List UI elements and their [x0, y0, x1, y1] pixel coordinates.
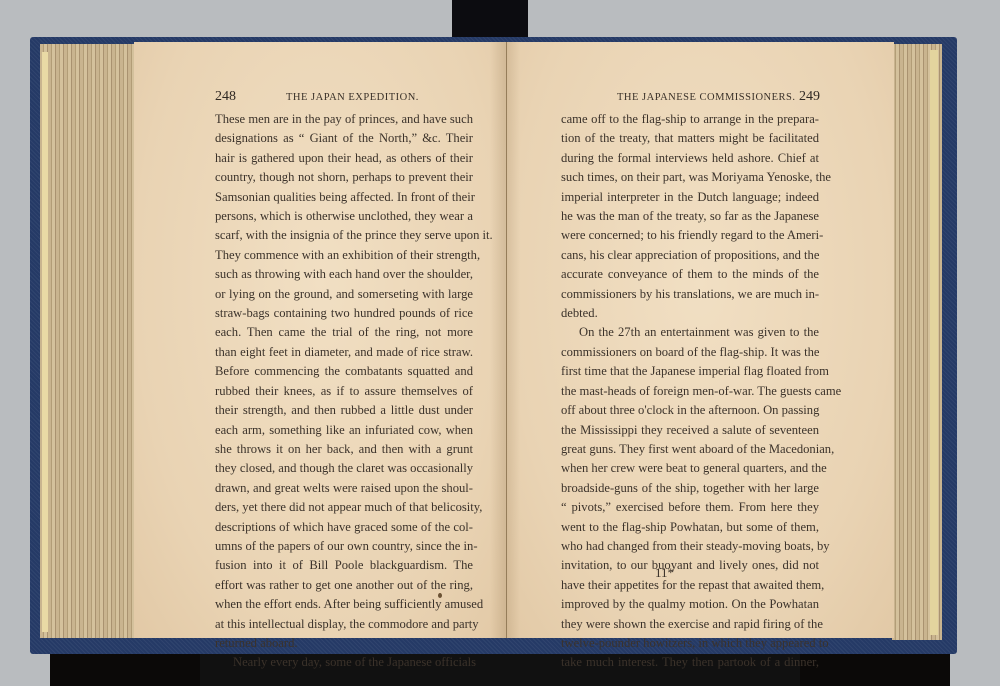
text-line: were concerned; to his friendly regard t… — [561, 226, 819, 245]
text-line: the Mississippi they received a salute o… — [561, 421, 819, 440]
text-line: when her crew were beat to general quart… — [561, 459, 819, 478]
text-line: the mast-heads of foreign men-of-war. Th… — [561, 382, 819, 401]
text-line: They commence with an exhibition of thei… — [215, 246, 473, 265]
text-line: rubbed their knees, as if to assure them… — [215, 382, 473, 401]
text-line: ders, yet there did not appear much of t… — [215, 498, 473, 517]
text-line: umns of the papers of our own country, s… — [215, 537, 473, 556]
text-line: commissioners by his translations, we ar… — [561, 285, 819, 304]
text-line: commissioners on board of the flag-ship.… — [561, 343, 819, 362]
text-line: invitation, to our buoyant and lively on… — [561, 556, 819, 575]
text-line: These men are in the pay of princes, and… — [215, 110, 473, 129]
text-line: scarf, with the insignia of the prince t… — [215, 226, 473, 245]
text-line: Nearly every day, some of the Japanese o… — [215, 653, 473, 672]
text-line: at this intellectual display, the commod… — [215, 615, 473, 634]
text-line: country, though not shorn, perhaps to pr… — [215, 168, 473, 187]
text-line: fusion into it of Bill Poole blackguardi… — [215, 556, 473, 575]
page-edges-left — [40, 44, 140, 638]
text-line: improved by the qualmy motion. On the Po… — [561, 595, 819, 614]
text-line: they were shown the exercise and rapid f… — [561, 615, 819, 634]
text-line: accurate conveyance of them to the minds… — [561, 265, 819, 284]
text-line: debted. — [561, 304, 819, 323]
text-line: each. Then came the trial of the ring, n… — [215, 323, 473, 342]
signature-mark: 11* — [655, 565, 674, 581]
foxing-spot — [438, 593, 442, 598]
text-line: or lying on the ground, and somerseting … — [215, 285, 473, 304]
text-line: effort was rather to get one another out… — [215, 576, 473, 595]
left-running-head: THE JAPAN EXPEDITION. — [286, 92, 419, 103]
book-clamp — [452, 0, 528, 42]
text-line: straw-bags containing two hundred pounds… — [215, 304, 473, 323]
text-line: drawn, and great welts were raised upon … — [215, 479, 473, 498]
text-line: first time that the Japanese imperial fl… — [561, 362, 819, 381]
text-line: “ pivots,” exercised before them. From h… — [561, 498, 819, 517]
text-line: Samsonian qualities being affected. In f… — [215, 188, 473, 207]
right-folio: 249 — [799, 89, 820, 105]
text-line: their strength, and then rubbed a little… — [215, 401, 473, 420]
text-line: twelve-pounder howitzers, in which they … — [561, 634, 819, 653]
page-edges-left-highlight — [42, 52, 48, 632]
text-line: tion of the treaty, that matters might b… — [561, 129, 819, 148]
text-line: take much interest. They then partook of… — [561, 653, 819, 672]
text-line: went to the flag-ship Powhatan, but some… — [561, 518, 819, 537]
text-line: each arm, something like an infuriated c… — [215, 421, 473, 440]
text-line: persons, which is otherwise unclothed, t… — [215, 207, 473, 226]
page-edges-right-highlight — [930, 50, 938, 635]
text-line: descriptions of which have graced some o… — [215, 518, 473, 537]
right-running-head: THE JAPANESE COMMISSIONERS. — [617, 92, 796, 103]
text-line: came off to the flag-ship to arrange in … — [561, 110, 819, 129]
text-line: they closed, and though the claret was o… — [215, 459, 473, 478]
text-line: great guns. They first went aboard of th… — [561, 440, 819, 459]
text-line: Before commencing the combatants squatte… — [215, 362, 473, 381]
text-line: designations as “ Giant of the North,” &… — [215, 129, 473, 148]
text-line: broadside-guns of the ship, together wit… — [561, 479, 819, 498]
text-line: who had changed from their steady-moving… — [561, 537, 819, 556]
text-line: during the formal interviews held ashore… — [561, 149, 819, 168]
left-folio: 248 — [215, 89, 236, 105]
gutter — [490, 42, 520, 638]
text-line: imperial interpreter in the Dutch langua… — [561, 188, 819, 207]
text-line: such times, on their part, was Moriyama … — [561, 168, 819, 187]
text-line: such as throwing with each hand over the… — [215, 265, 473, 284]
text-line: On the 27th an entertainment was given t… — [561, 323, 819, 342]
text-line: off about three o'clock in the afternoon… — [561, 401, 819, 420]
text-line: when the effort ends. After being suffic… — [215, 595, 473, 614]
text-line: have their appetites for the repast that… — [561, 576, 819, 595]
left-page-text: These men are in the pay of princes, and… — [215, 110, 473, 673]
text-line: she throws it on her back, and then with… — [215, 440, 473, 459]
text-line: he was the man of the treaty, so far as … — [561, 207, 819, 226]
text-line: returned aboard. — [215, 634, 473, 653]
text-line: than eight feet in diameter, and made of… — [215, 343, 473, 362]
text-line: hair is gathered upon their head, as oth… — [215, 149, 473, 168]
text-line: cans, his clear appreciation of proposit… — [561, 246, 819, 265]
right-page-text: came off to the flag-ship to arrange in … — [561, 110, 819, 673]
